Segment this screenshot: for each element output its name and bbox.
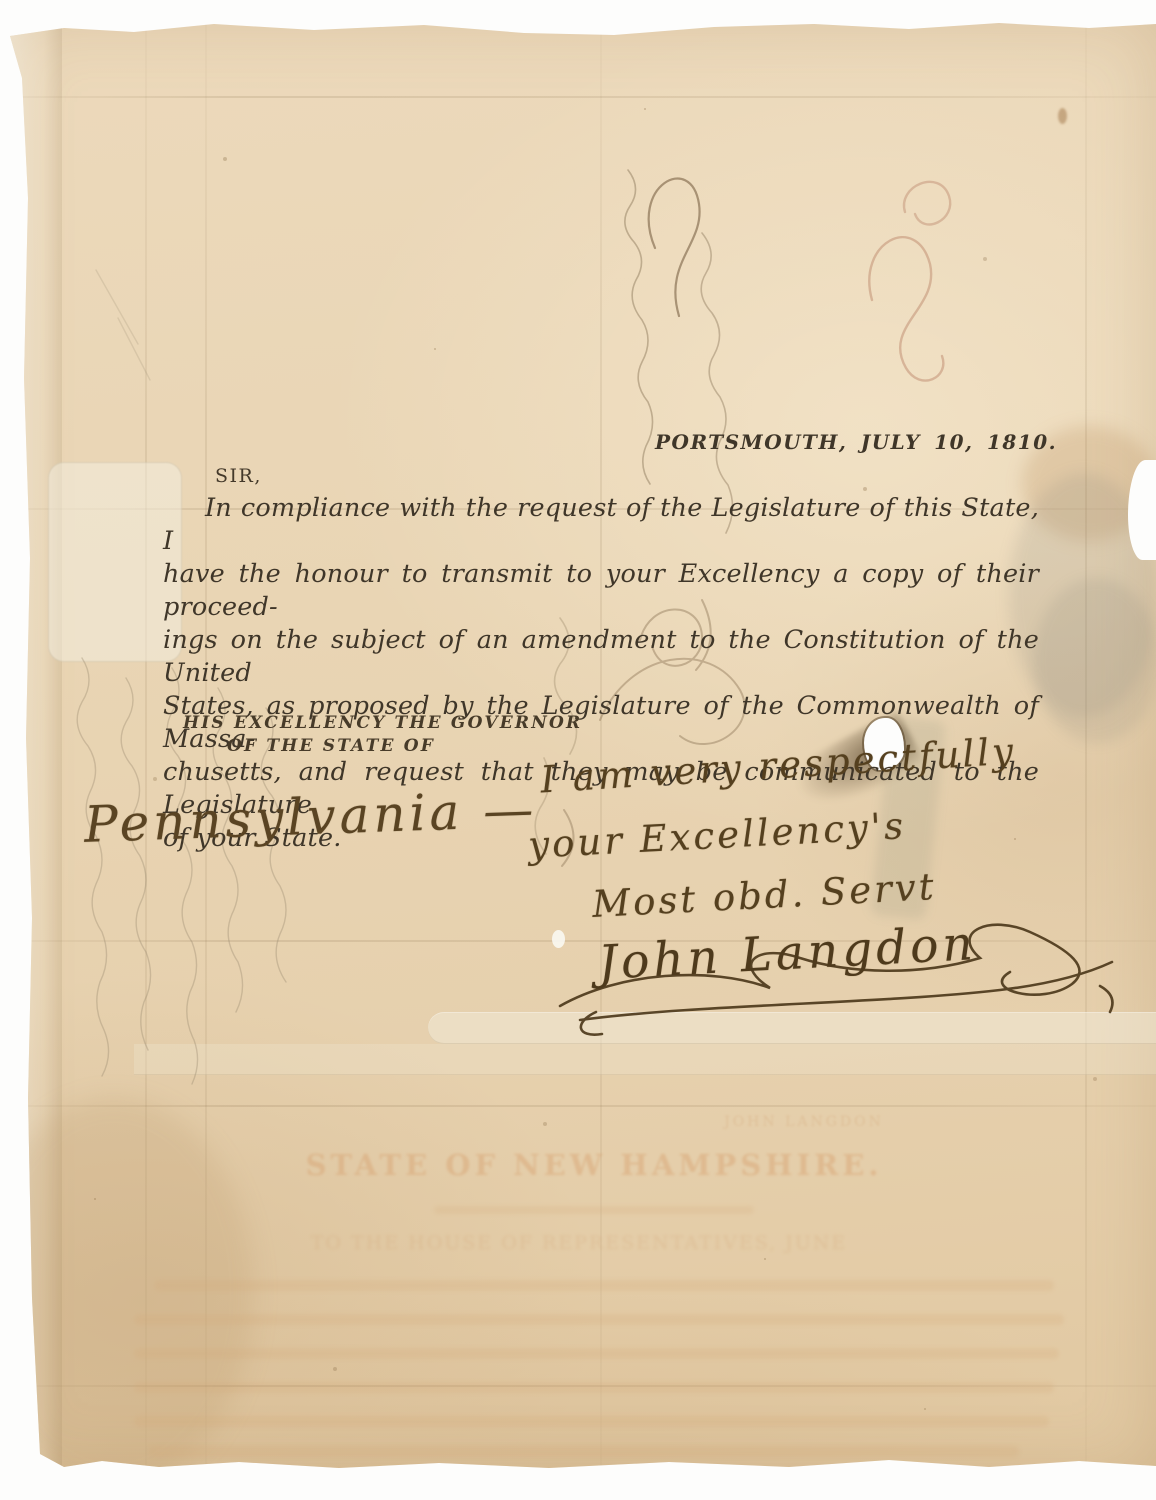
paper-specks xyxy=(4,18,6,20)
body-line: have the honour to transmit to your Exce… xyxy=(163,558,1039,624)
ghost-text-line xyxy=(134,1416,1049,1427)
governor-line: HIS EXCELLENCY THE GOVERNOR xyxy=(183,712,582,735)
ghost-text-line xyxy=(154,1280,1054,1291)
ghost-house-line: TO THE HOUSE OF REPRESENTATIVES, JUNE xyxy=(124,1232,1034,1254)
body-line: In compliance with the request of the Le… xyxy=(163,492,1039,558)
dateline: PORTSMOUTH, JULY 10, 1810. xyxy=(655,430,1057,454)
ghost-text-line xyxy=(149,1446,1019,1457)
paper-fleck xyxy=(552,930,565,948)
salutation: SIR, xyxy=(215,465,262,487)
body-line: ings on the subject of an amendment to t… xyxy=(163,624,1039,690)
ghost-text-line xyxy=(134,1348,1059,1359)
ghost-state-heading: STATE OF NEW HAMPSHIRE. xyxy=(294,1148,894,1182)
scanned-letter-image: PORTSMOUTH, JULY 10, 1810. SIR, In compl… xyxy=(0,0,1156,1500)
ghost-text-line xyxy=(134,1314,1064,1325)
ghost-text-line xyxy=(434,1206,754,1214)
paper-sheet: PORTSMOUTH, JULY 10, 1810. SIR, In compl… xyxy=(4,18,1156,1476)
address-block: HIS EXCELLENCY THE GOVERNOR OF THE STATE… xyxy=(183,712,582,758)
ghost-text-line xyxy=(134,1382,1054,1393)
ghost-signature-line: JOHN LANGDON xyxy=(544,1114,1064,1130)
state-of-line: OF THE STATE OF xyxy=(183,735,582,758)
